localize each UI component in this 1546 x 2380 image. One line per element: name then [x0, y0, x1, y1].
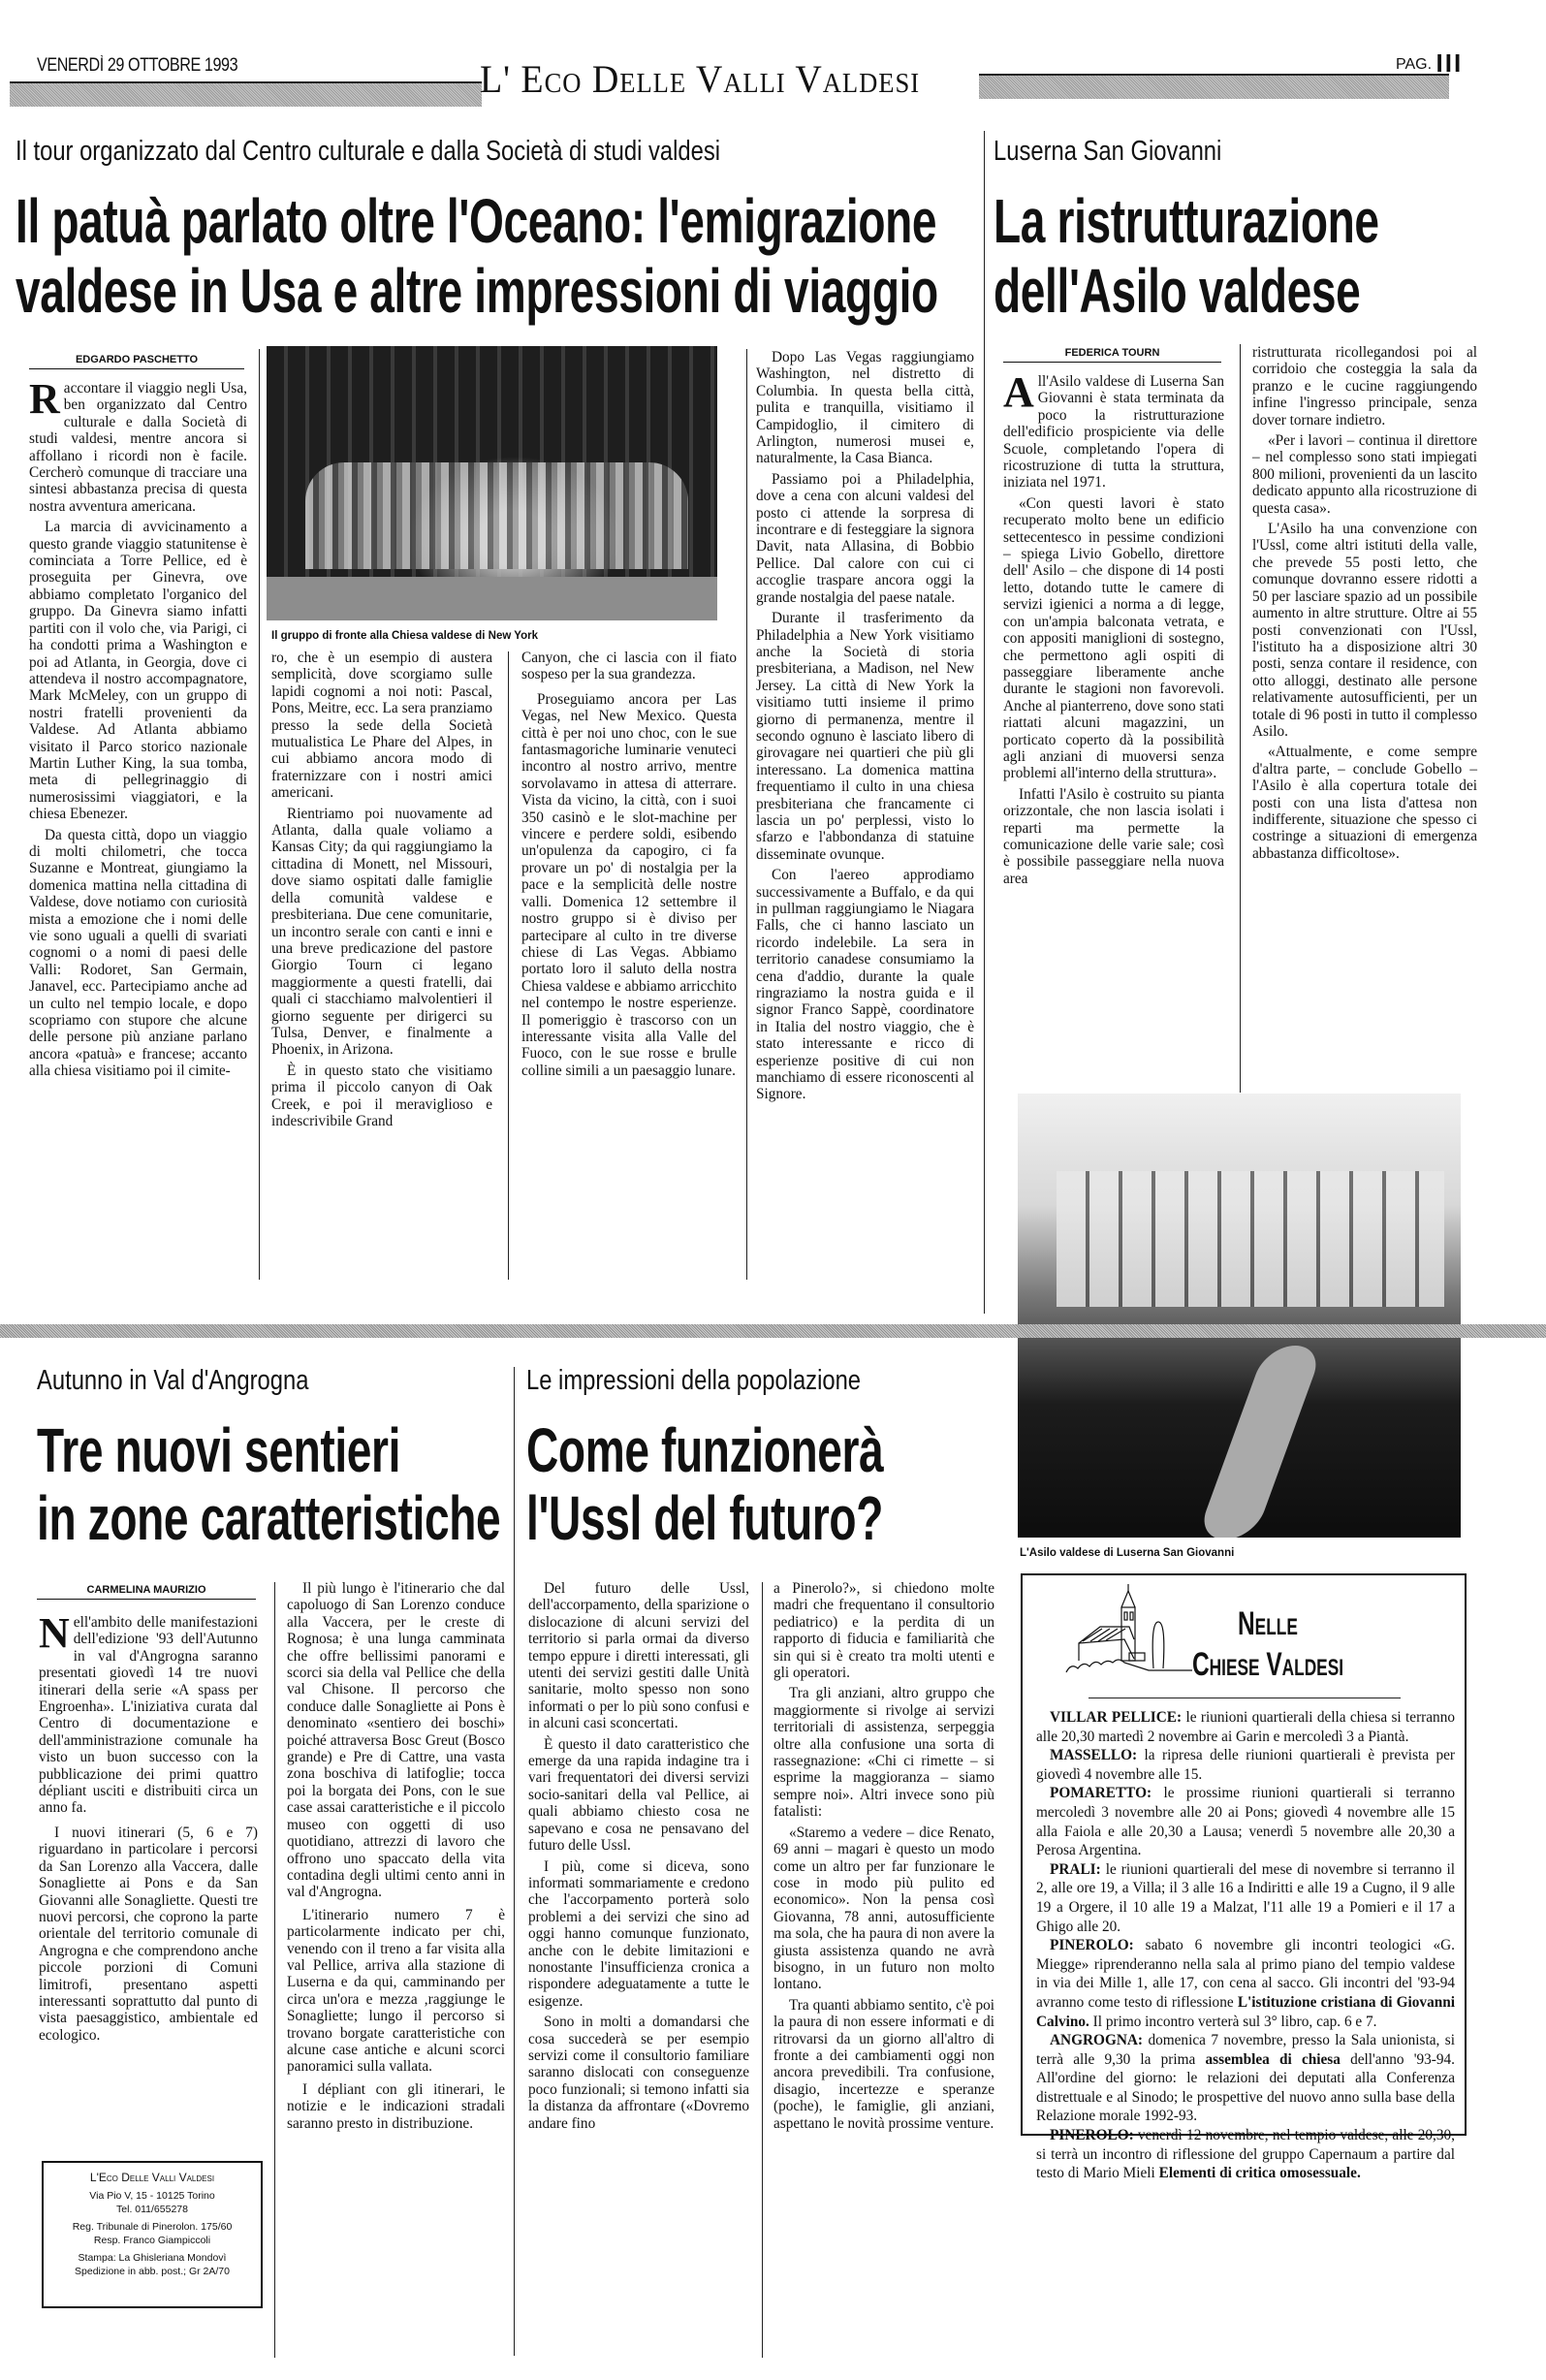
- paragraph: I nuovi itinerari (5, 6 e 7) riguardano …: [39, 1825, 258, 2044]
- usa-column-2: ro, che è un esempio di austera semplici…: [271, 650, 492, 1133]
- asilo-column-2: ristrutturata ricollegandosi poi al corr…: [1252, 344, 1477, 866]
- paragraph: ell'ambito delle manifestazioni dell'edi…: [39, 1614, 258, 1816]
- notice-pinerolo-1: PINEROLO: sabato 6 novembre gli incontri…: [1036, 1936, 1455, 2031]
- ussl-kicker: Le impressioni della popolazione: [526, 1365, 861, 1397]
- paragraph: Da questa città, dopo un viaggio di molt…: [29, 827, 247, 1080]
- paragraph: Durante il trasferimento da Philadelphia…: [756, 610, 974, 863]
- paragraph: accontare il viaggio negli Usa, ben orga…: [29, 380, 247, 515]
- paragraph: Sono in molti a domandarsi che cosa succ…: [528, 2014, 749, 2132]
- paragraph: Rientriamo poi nuovamente ad Atlanta, da…: [271, 806, 492, 1059]
- sentieri-headline-line1: Tre nuovi sentieri: [37, 1415, 400, 1485]
- nelle-chiese-valdesi-box: Nelle Chiese Valdesi VILLAR PELLICE: le …: [1021, 1573, 1467, 2136]
- photo-path: [1196, 1346, 1325, 1538]
- masthead-band-left: [10, 81, 482, 107]
- paragraph: Passiamo poi a Philadelphia, dove a cena…: [756, 471, 974, 606]
- box-title-line1: Nelle: [1238, 1604, 1298, 1643]
- photo-building: [1057, 1171, 1444, 1307]
- paragraph: ll'Asilo valdese di Luserna San Giovanni…: [1003, 373, 1224, 491]
- colophon-shipping: Spedizione in abb. post.; Gr 2A/70: [44, 2265, 261, 2278]
- paragraph: Dopo Las Vegas raggiungiamo Washington, …: [756, 349, 974, 467]
- notice-pomaretto: POMARETTO: le prossime riunioni quartier…: [1036, 1784, 1455, 1859]
- ussl-column-2: a Pinerolo?», si chiedono molte madri ch…: [773, 1580, 994, 2136]
- paragraph: «Con questi lavori è stato recuperato mo…: [1003, 495, 1224, 782]
- usa-column-3: Canyon, che ci lascia con il fiato sospe…: [521, 650, 737, 1083]
- sentieri-kicker: Autunno in Val d'Angrogna: [37, 1365, 308, 1397]
- ussl-headline-line2: l'Ussl del futuro?: [526, 1483, 883, 1553]
- paragraph: I più, come si diceva, sono informati so…: [528, 1858, 749, 2011]
- paragraph: Infatti l'Asilo è costruito su pianta or…: [1003, 786, 1224, 887]
- usa-headline-line2: valdese in Usa e altre impressioni di vi…: [16, 256, 938, 326]
- paragraph: Canyon, che ci lascia con il fiato sospe…: [521, 650, 737, 683]
- photo-caption-asilo: L'Asilo valdese di Luserna San Giovanni: [1020, 1547, 1234, 1559]
- ussl-column-1: Del futuro delle Ussl, dell'accorpamento…: [528, 1580, 749, 2136]
- paragraph: «Staremo a vedere – dice Renato, 69 anni…: [773, 1825, 994, 1993]
- usa-column-4: Dopo Las Vegas raggiungiamo Washington, …: [756, 349, 974, 1107]
- sentieri-byline: CARMELINA MAURIZIO: [37, 1584, 256, 1600]
- photo-crowd: [305, 462, 688, 569]
- colophon-registration: Reg. Tribunale di Pinerolon. 175/60: [44, 2220, 261, 2234]
- sentieri-headline-line2: in zone caratteristiche: [37, 1483, 500, 1553]
- paragraph: ro, che è un esempio di austera semplici…: [271, 650, 492, 802]
- paragraph: I dépliant con gli itinerari, le notizie…: [287, 2081, 505, 2132]
- colophon-title: L'Eco Delle Valli Valdesi: [44, 2171, 261, 2184]
- colophon-box: L'Eco Delle Valli Valdesi Via Pio V, 15 …: [42, 2161, 263, 2308]
- section-separator-band: [0, 1324, 1546, 1338]
- column-rule: [746, 349, 747, 1280]
- asilo-headline-line2: dell'Asilo valdese: [994, 256, 1360, 326]
- issue-date: VENERDÌ 29 OTTOBRE 1993: [37, 55, 237, 77]
- paragraph: È in questo stato che visitiamo prima il…: [271, 1063, 492, 1130]
- usa-headline-line1: Il patuà parlato oltre l'Oceano: l'emigr…: [16, 186, 936, 256]
- paragraph: Tra gli anziani, altro gruppo che maggio…: [773, 1685, 994, 1820]
- paragraph: «Attualmente, e come sempre d'altra part…: [1252, 744, 1477, 862]
- dropcap: N: [39, 1616, 70, 1651]
- paragraph: Del futuro delle Ussl, dell'accorpamento…: [528, 1580, 749, 1732]
- paragraph: Proseguiamo ancora per Las Vegas, nel Ne…: [521, 691, 737, 1079]
- usa-column-1: Raccontare il viaggio negli Usa, ben org…: [29, 380, 247, 1084]
- sentieri-column-2: Il più lungo è l'itinerario che dal capo…: [287, 1580, 505, 2136]
- page-numeral: III: [1436, 48, 1464, 78]
- church-notices: VILLAR PELLICE: le riunioni quartierali …: [1036, 1708, 1455, 2183]
- paragraph: a Pinerolo?», si chiedono molte madri ch…: [773, 1580, 994, 1681]
- paragraph: La marcia di avvicinamento a questo gran…: [29, 519, 247, 822]
- notice-massello: MASSELLO: la ripresa delle riunioni quar…: [1036, 1746, 1455, 1784]
- box-title-line2: Chiese Valdesi: [1192, 1645, 1343, 1684]
- usa-kicker: Il tour organizzato dal Centro culturale…: [16, 136, 720, 168]
- asilo-kicker: Luserna San Giovanni: [994, 136, 1221, 168]
- notice-pinerolo-2: PINEROLO: venerdì 12 novembre, nel tempi…: [1036, 2126, 1455, 2183]
- masthead-band-right: [979, 74, 1449, 99]
- colophon-printer: Stampa: La Ghisleriana Mondovì: [44, 2251, 261, 2265]
- photo-group-new-york: [267, 346, 717, 620]
- photo-asilo-valdese: [1018, 1094, 1461, 1538]
- notice-angrogna: ANGROGNA: domenica 7 novembre, presso la…: [1036, 2031, 1455, 2126]
- sentieri-column-1: Nell'ambito delle manifestazioni dell'ed…: [39, 1614, 258, 2047]
- column-rule: [508, 651, 509, 1280]
- column-rule: [762, 1582, 763, 2358]
- asilo-byline: FEDERICA TOURN: [1003, 347, 1221, 363]
- box-divider: [1089, 1698, 1401, 1698]
- dropcap: A: [1003, 375, 1034, 410]
- asilo-headline-line1: La ristrutturazione: [994, 186, 1379, 256]
- notice-prali: PRALI: le riunioni quartierali del mese …: [1036, 1860, 1455, 1936]
- paragraph: È questo il dato caratteristico che emer…: [528, 1736, 749, 1855]
- paragraph: Tra quanti abbiamo sentito, c'è poi la p…: [773, 1997, 994, 2132]
- colophon-responsible: Resp. Franco Giampiccoli: [44, 2234, 261, 2247]
- colophon-phone: Tel. 011/655278: [44, 2203, 261, 2216]
- notice-villar-pellice: VILLAR PELLICE: le riunioni quartierali …: [1036, 1708, 1455, 1746]
- page-number: PAG. III: [1396, 48, 1463, 79]
- section-rule: [514, 1367, 515, 2356]
- photo-caption-new-york: Il gruppo di fronte alla Chiesa valdese …: [271, 630, 538, 642]
- paragraph: ristrutturata ricollegandosi poi al corr…: [1252, 344, 1477, 428]
- dropcap: R: [29, 382, 60, 417]
- colophon-address: Via Pio V, 15 - 10125 Torino: [44, 2189, 261, 2203]
- paragraph: Con l'aereo approdiamo successivamente a…: [756, 867, 974, 1103]
- church-icon: [1061, 1583, 1197, 1680]
- paragraph: L'Asilo ha una convenzione con l'Ussl, c…: [1252, 521, 1477, 740]
- paragraph: L'itinerario numero 7 è particolarmente …: [287, 1907, 505, 2076]
- column-rule: [259, 349, 260, 1280]
- section-rule: [984, 131, 985, 1314]
- ussl-headline-line1: Come funzionerà: [526, 1415, 883, 1485]
- usa-byline: EDGARDO PASCHETTO: [29, 354, 244, 369]
- asilo-column-1: All'Asilo valdese di Luserna San Giovann…: [1003, 373, 1224, 891]
- page-label: PAG.: [1396, 56, 1432, 73]
- column-rule: [1240, 344, 1241, 1093]
- newspaper-title: L' Eco Delle Valli Valdesi: [480, 56, 920, 102]
- column-rule: [274, 1582, 275, 2358]
- paragraph: «Per i lavori – continua il direttore – …: [1252, 432, 1477, 517]
- photo-ground: [267, 577, 717, 620]
- paragraph: Il più lungo è l'itinerario che dal capo…: [287, 1580, 505, 1901]
